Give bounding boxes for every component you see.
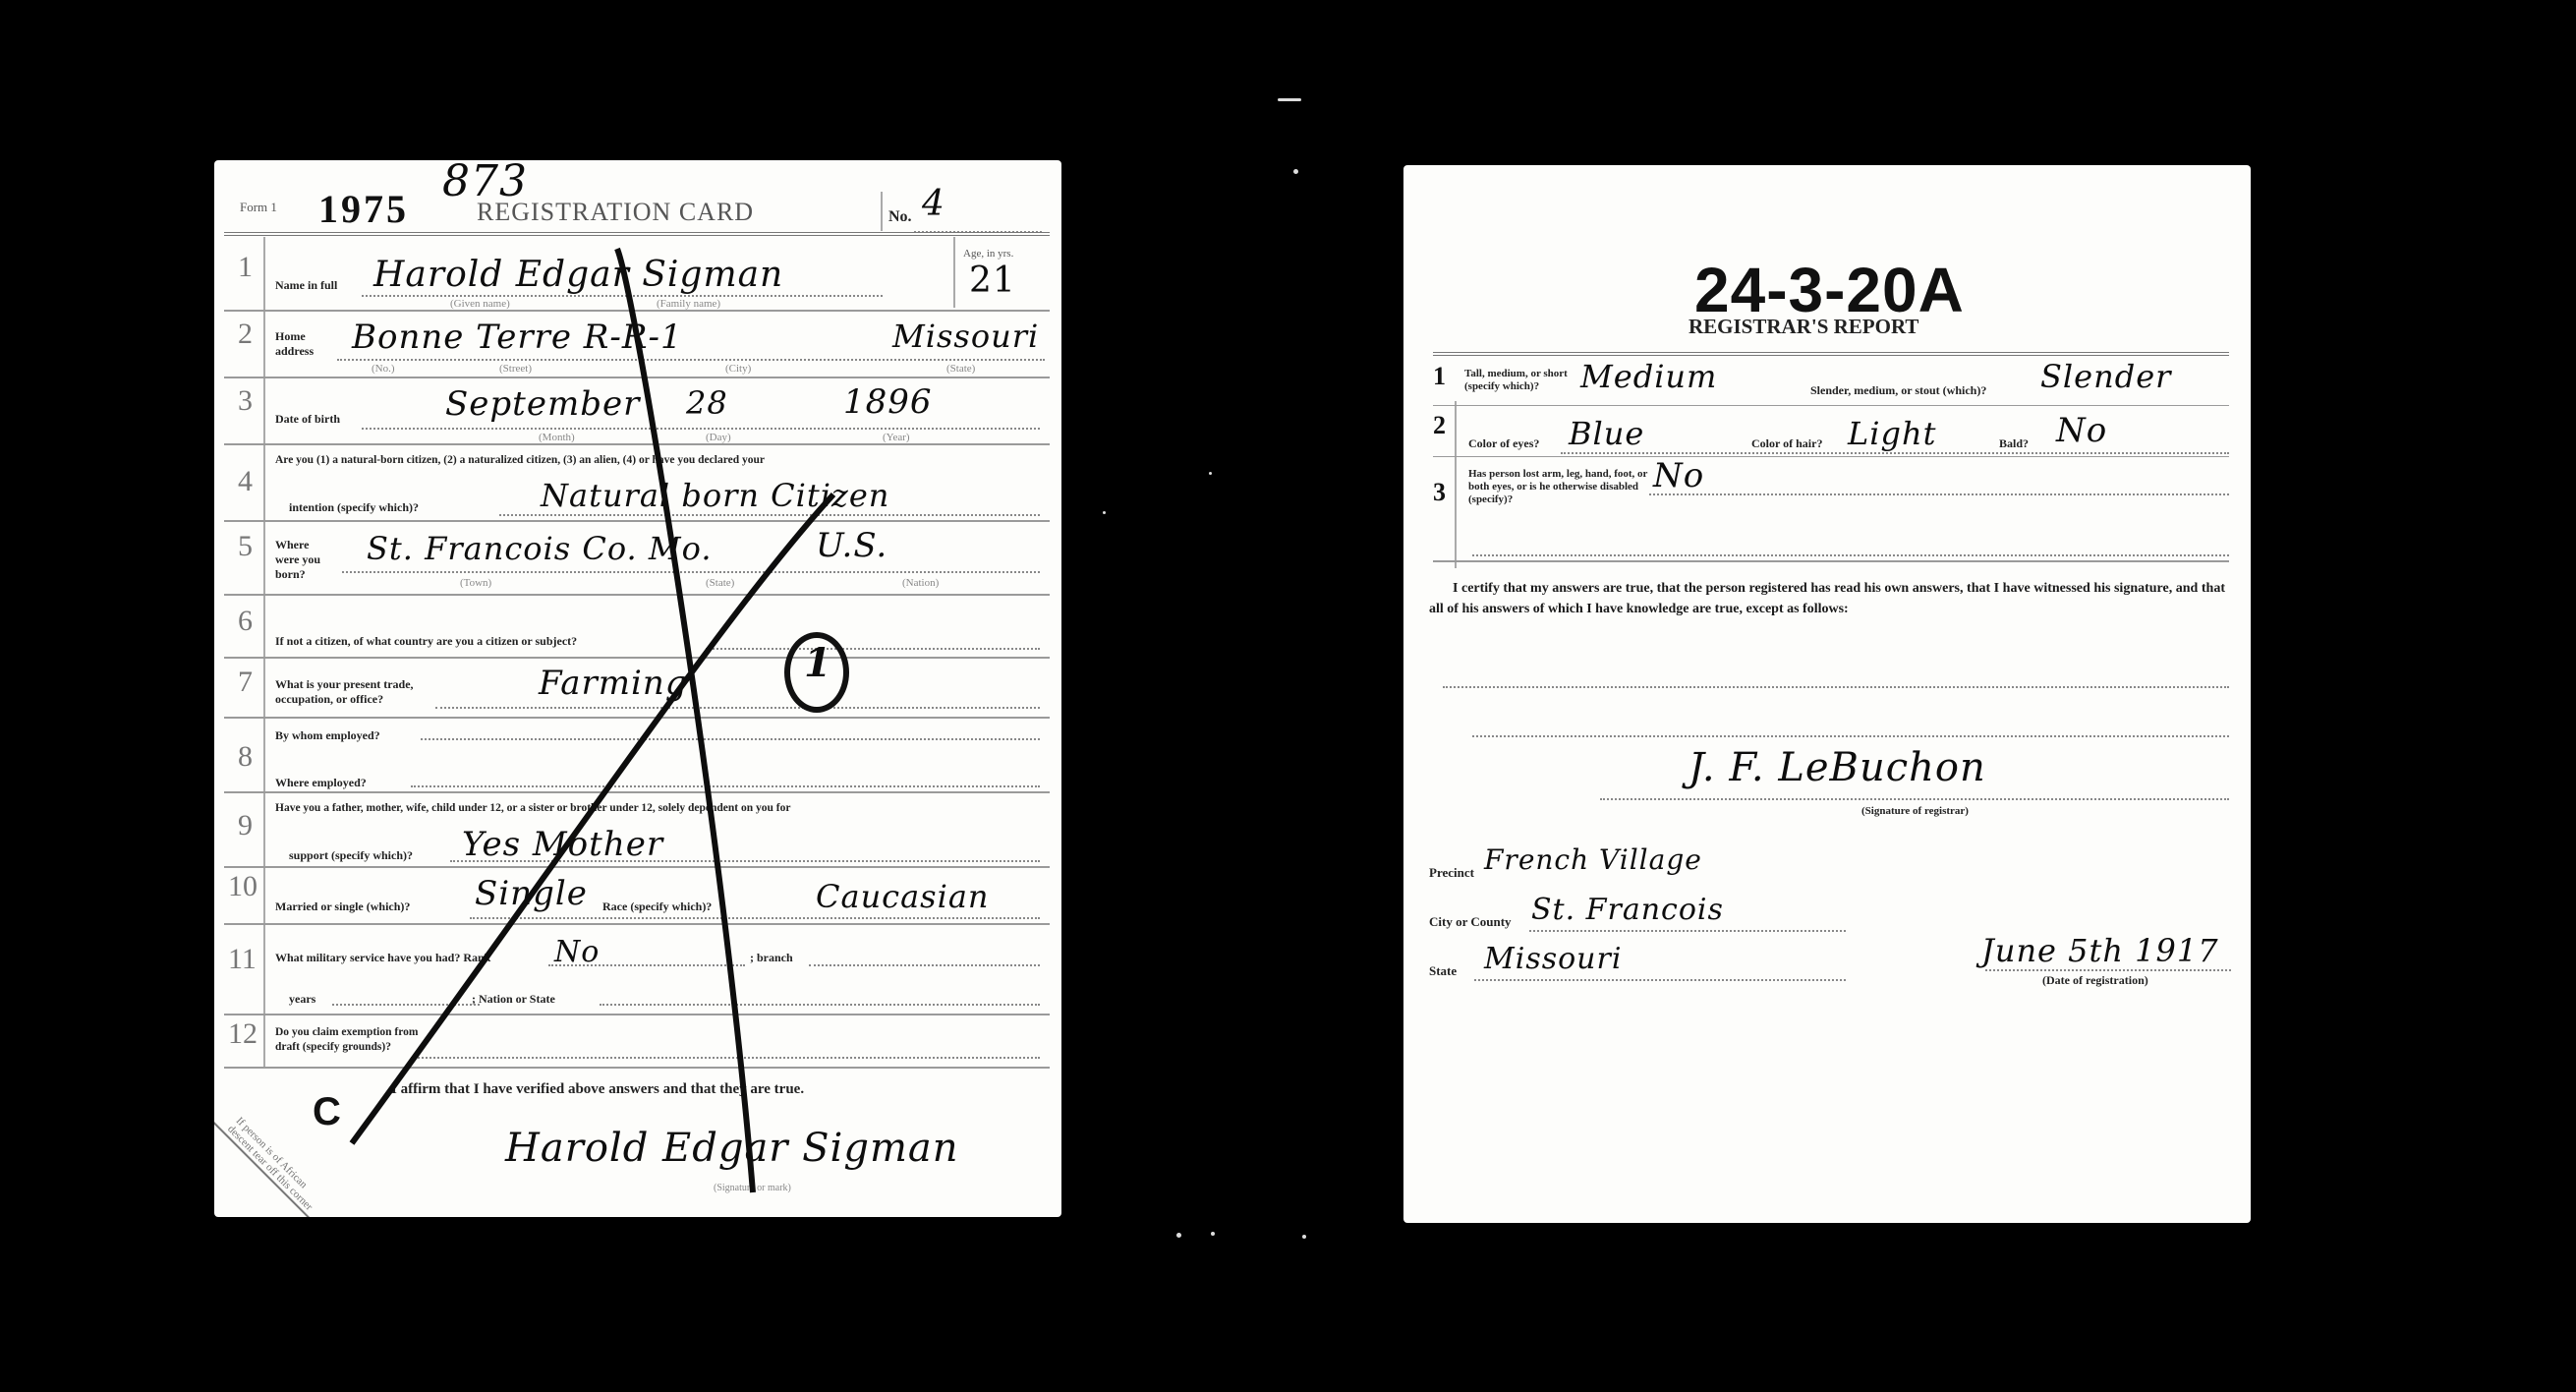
- field-line: [1561, 452, 2229, 454]
- field-line: [1474, 979, 1846, 981]
- state-label: State: [1429, 963, 1457, 978]
- scan-speck: [1293, 169, 1298, 174]
- hair-color-label: Color of hair?: [1751, 436, 1822, 451]
- state-value: Missouri: [1484, 942, 1622, 976]
- disability-value: No: [1653, 456, 1704, 495]
- height-label: Tall, medium, or short (specify which)?: [1464, 368, 1592, 393]
- row-number: 3: [1433, 478, 1446, 507]
- scan-speck: [1103, 511, 1106, 514]
- field-line: [1985, 969, 2231, 971]
- report-title: REGISTRAR'S REPORT: [1689, 315, 1918, 339]
- city-county-label: City or County: [1429, 914, 1512, 929]
- exceptions-line: [1443, 686, 2229, 688]
- city-county-value: St. Francois: [1531, 893, 1724, 927]
- registration-date-value: June 5th 1917: [1981, 932, 2219, 969]
- scan-speck: [1278, 98, 1301, 101]
- registration-card: Form 1 1975 873 REGISTRATION CARD No. 4 …: [214, 160, 1061, 1217]
- eye-color-label: Color of eyes?: [1468, 436, 1539, 451]
- build-value: Slender: [2040, 358, 2171, 395]
- hair-color-value: Light: [1848, 415, 1936, 452]
- scan-speck: [1209, 472, 1212, 475]
- certification-text: I certify that my answers are true, that…: [1429, 578, 2225, 619]
- bald-label: Bald?: [1999, 436, 2029, 451]
- row-number: 1: [1433, 362, 1446, 391]
- build-label: Slender, medium, or stout (which)?: [1810, 383, 1986, 398]
- scan-speck: [1176, 1233, 1181, 1238]
- registrar-report-card: 24-3-20A REGISTRAR'S REPORT 1 Tall, medi…: [1403, 165, 2251, 1223]
- field-line: [1529, 930, 1846, 932]
- scan-speck: [1211, 1232, 1215, 1236]
- signature-line: [1600, 798, 2229, 800]
- exceptions-line: [1472, 735, 2229, 737]
- scan-speck: [1302, 1235, 1306, 1239]
- row-divider: [1433, 456, 2229, 457]
- precinct-value: French Village: [1484, 843, 1702, 876]
- field-line: [1649, 493, 2229, 495]
- cancel-x-mark: [214, 160, 1061, 1217]
- registration-date-label: (Date of registration): [2042, 973, 2148, 988]
- registrar-signature: J. F. LeBuchon: [1689, 745, 1986, 790]
- height-value: Medium: [1580, 358, 1717, 395]
- registrar-signature-label: (Signature of registrar): [1861, 804, 1969, 819]
- disability-label: Has person lost arm, leg, hand, foot, or…: [1468, 468, 1665, 506]
- row-number: 2: [1433, 411, 1446, 440]
- row-number-column: [1455, 401, 1457, 568]
- report-header-rule: [1433, 352, 2229, 356]
- field-line: [1472, 554, 2229, 556]
- precinct-label: Precinct: [1429, 865, 1474, 880]
- row-divider: [1433, 405, 2229, 406]
- bald-value: No: [2056, 411, 2107, 450]
- eye-color-value: Blue: [1569, 415, 1644, 452]
- row-divider: [1433, 560, 2229, 562]
